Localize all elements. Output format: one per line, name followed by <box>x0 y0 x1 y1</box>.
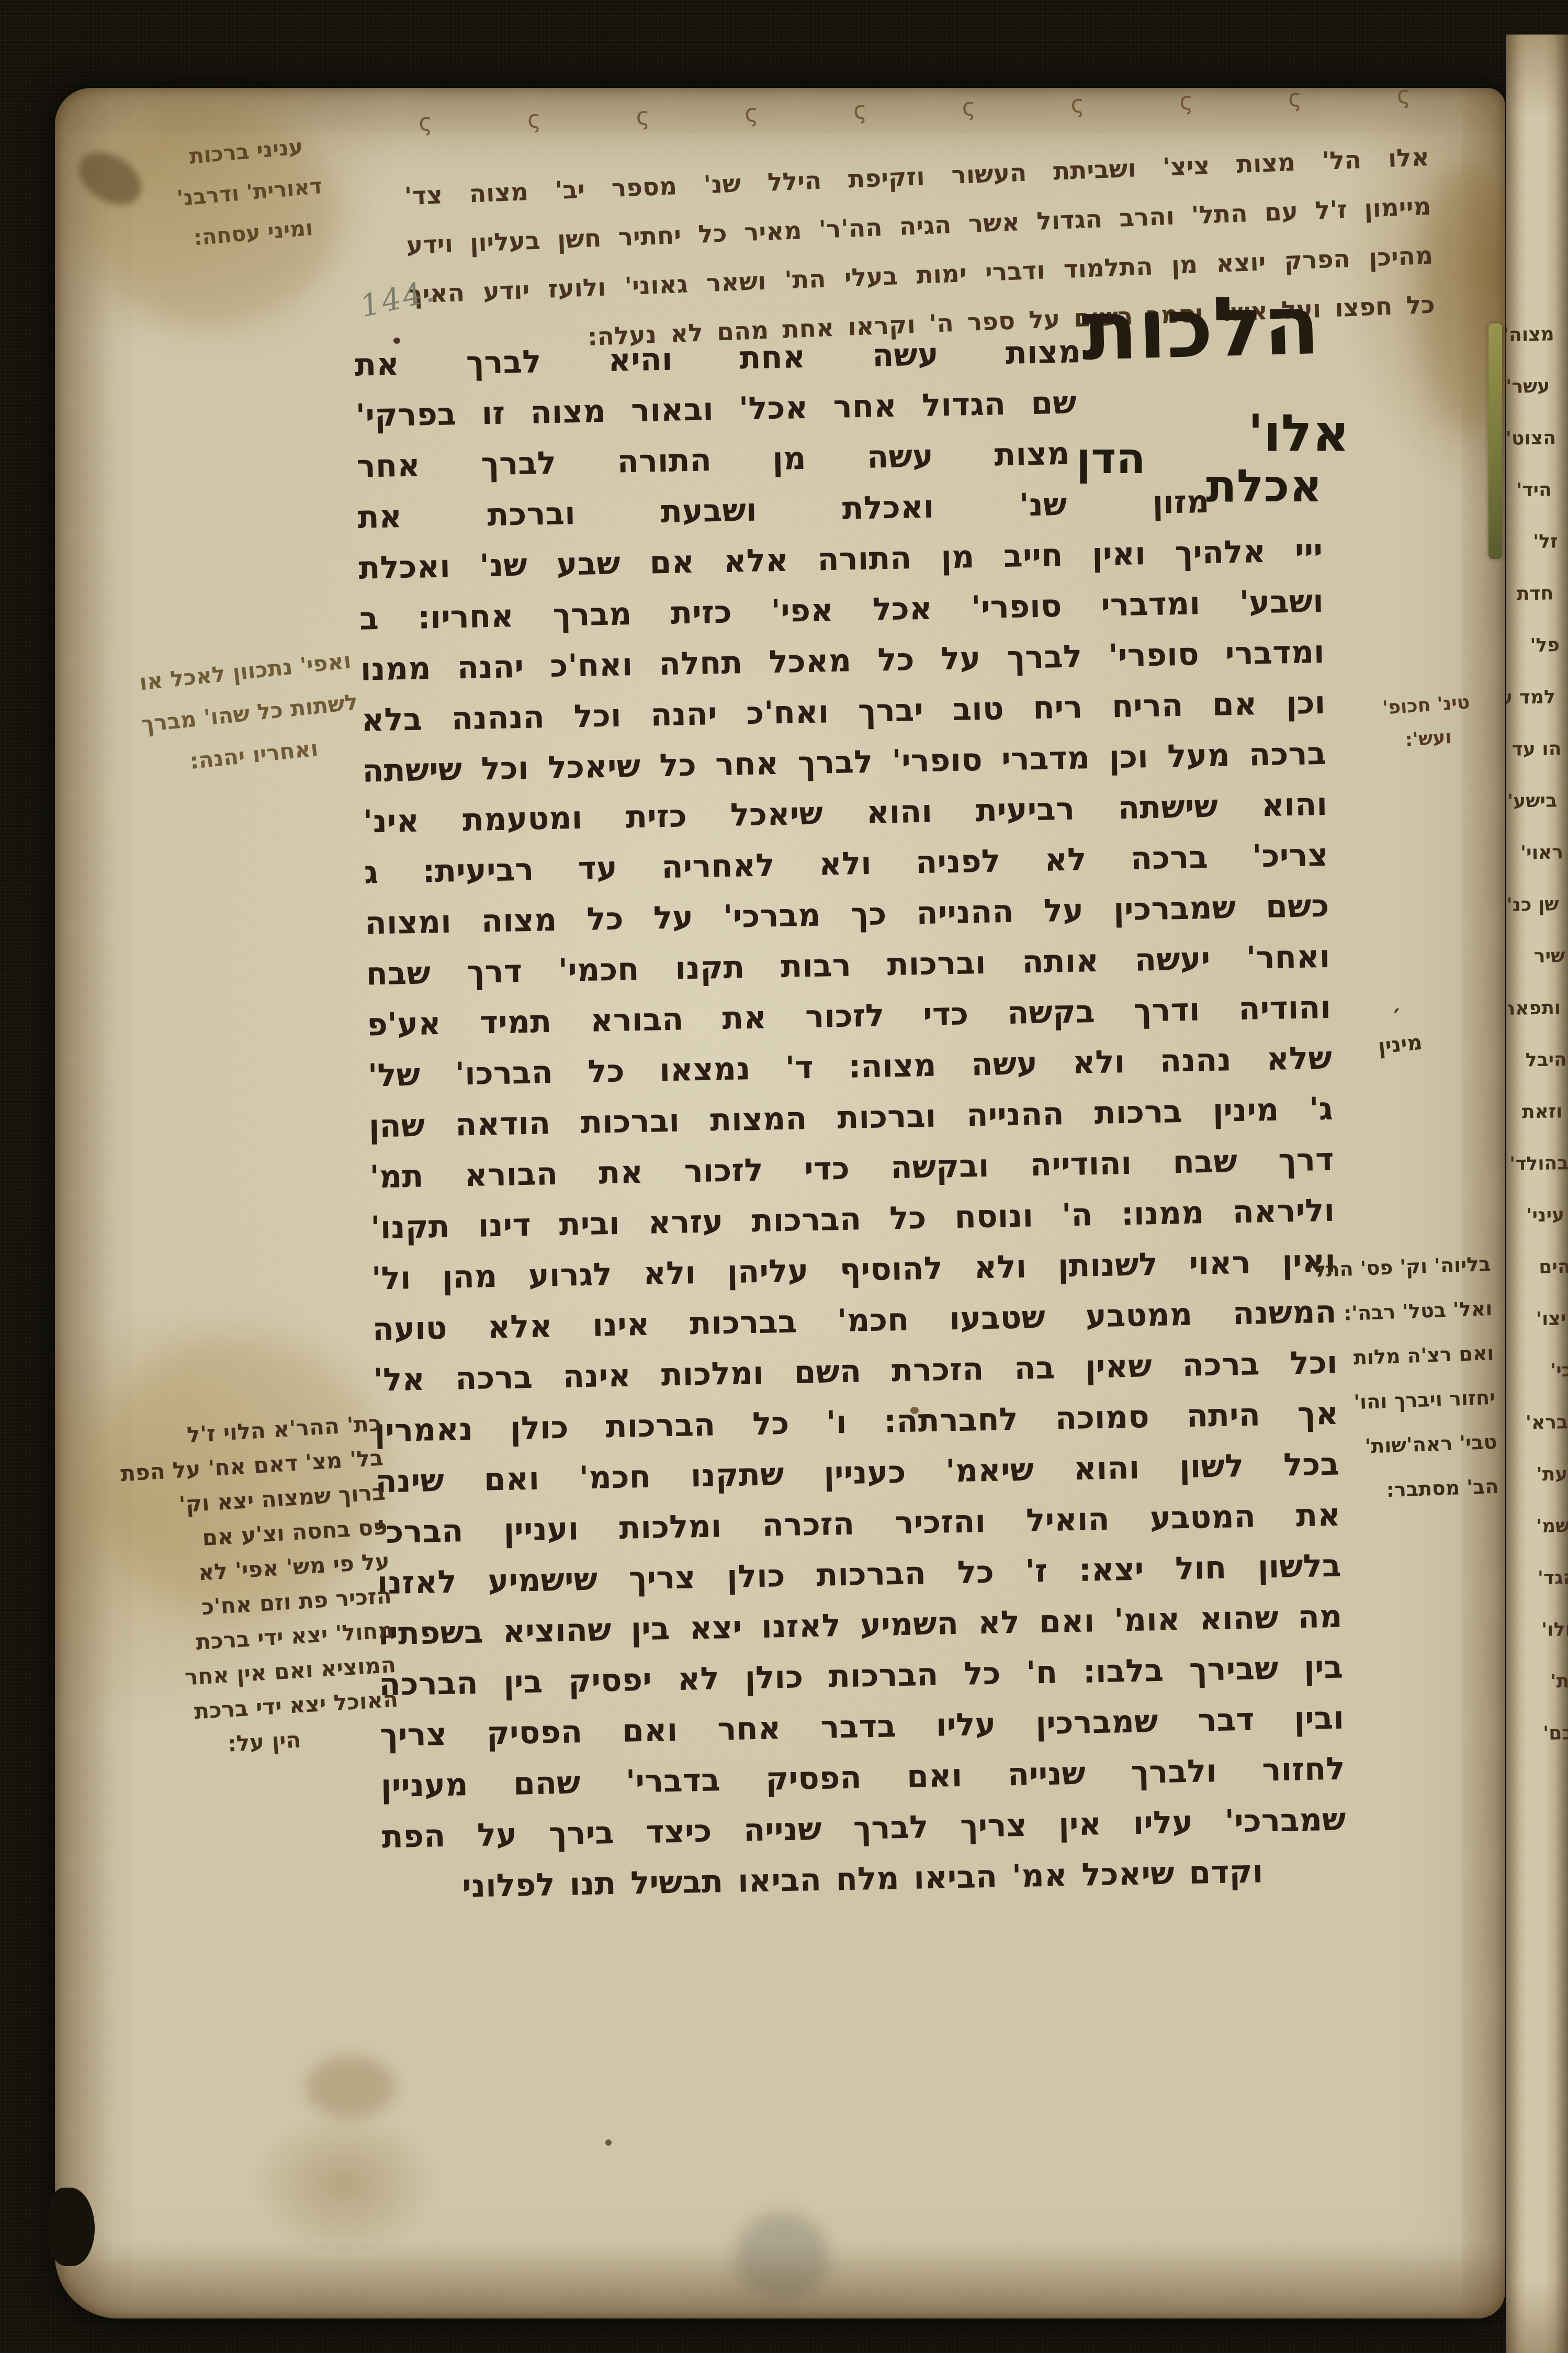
main-text-block: מצות עשה אחת והיא לברך אתשם הגדול אחר אכ… <box>354 322 1347 1913</box>
adjacent-folio-fragment: בהולד' <box>1510 1137 1568 1190</box>
ink-speck-2 <box>605 2139 612 2146</box>
adjacent-folio-fragment: בם' <box>1520 1707 1568 1760</box>
adjacent-folio-fragment: הו עד <box>1506 723 1562 776</box>
adjacent-folio-fragment: עיני' <box>1511 1189 1568 1242</box>
adjacent-folio-text-fragments: מצוה'עשר'הצוט'היד'זל'חדתפל'למד ע'הו עדבי… <box>1506 308 1568 1760</box>
adjacent-folio-fragment: הגד' <box>1518 1552 1568 1605</box>
right-gloss-line: טבי' ראה'שות' <box>1282 1420 1498 1472</box>
adjacent-folio-fragment: פל' <box>1506 619 1560 672</box>
adjacent-folio-fragment: ראוי' <box>1506 826 1564 879</box>
adjacent-folio-fragment: חדת <box>1506 567 1559 620</box>
adjacent-folio-fragment: וזאת <box>1510 1085 1568 1138</box>
adjacent-folio-edge: מצוה'עשר'הצוט'היד'זל'חדתפל'למד ע'הו עדבי… <box>1506 35 1568 2353</box>
right-gloss-line: ואם רצ'ה מלות <box>1279 1331 1495 1383</box>
adjacent-folio-fragment: שמ' <box>1517 1500 1568 1553</box>
adjacent-folio-fragment: זל' <box>1506 516 1558 568</box>
grey-smudge-bottom-right <box>735 2213 829 2302</box>
left-margin-gloss: ואפי' נתכוון לאכל אולשתות כל שהו' מברךוא… <box>116 637 383 789</box>
flourish-row: ς ς ς ς ς ς ς ς ς ς ς ς ς ς ς ς ς <box>419 80 1445 142</box>
right-margin-note: טינ' חכופ'ועש': <box>1365 685 1490 760</box>
adjacent-folio-fragment: מצוה' <box>1506 308 1555 361</box>
adjacent-folio-fragment: נת' <box>1520 1655 1568 1708</box>
right-gloss-line: ואל' בטל' רבה': <box>1277 1286 1493 1338</box>
adjacent-folio-fragment: יצו' <box>1514 1293 1568 1346</box>
adjacent-folio-fragment: ותפאר' <box>1508 982 1566 1035</box>
bookmark-ribbon <box>1488 323 1502 559</box>
bottom-left-margin-gloss: כת' ההר'א הלוי ז'לבל' מצ' דאם אח' על הפת… <box>108 1406 401 1768</box>
adjacent-folio-fragment: היבל <box>1509 1034 1567 1086</box>
top-left-margin-note: עניני ברכותדאורית' ודרבנ'ומיני עסחה: <box>117 120 382 264</box>
adjacent-folio-fragment: למד ע' <box>1506 671 1561 724</box>
adjacent-folio-fragment: הים <box>1513 1241 1568 1294</box>
adjacent-folio-fragment: ועת' <box>1516 1448 1568 1501</box>
right-margin-gloss: בליוה' וק' פס' התל'ואל' בטל' רבה':ואם רצ… <box>1276 1242 1499 1516</box>
right-gloss-line: יחזור ויברך והו' <box>1280 1375 1496 1427</box>
stain-mid-bottom <box>306 2056 395 2119</box>
adjacent-folio-fragment: ברא' <box>1515 1396 1568 1449</box>
right-gloss-line: הב' מסתבר: <box>1283 1464 1499 1516</box>
photo-stage: ς ς ς ς ς ς ς ς ς ς ς ς ς ς ς ς ς אלו הל… <box>0 0 1568 2353</box>
manuscript-page: ς ς ς ς ς ς ς ς ς ς ς ς ς ς ς ς ς אלו הל… <box>55 88 1505 2318</box>
adjacent-folio-fragment: שיר <box>1507 930 1566 983</box>
adjacent-folio-fragment: הצוט' <box>1506 412 1556 465</box>
burn-notch <box>48 2188 95 2266</box>
adjacent-folio-fragment: בישע' <box>1506 775 1563 827</box>
adjacent-folio-fragment: כי' <box>1514 1344 1568 1397</box>
adjacent-folio-fragment: ולו' <box>1519 1604 1568 1656</box>
right-gloss-line: בליוה' וק' פס' התל' <box>1276 1242 1492 1294</box>
adjacent-folio-fragment: היד' <box>1506 464 1558 517</box>
adjacent-folio-fragment: עשר' <box>1506 360 1555 413</box>
adjacent-folio-fragment: שן כנ' <box>1506 878 1565 931</box>
right-margin-catchword: ׳מינין <box>1348 993 1449 1065</box>
